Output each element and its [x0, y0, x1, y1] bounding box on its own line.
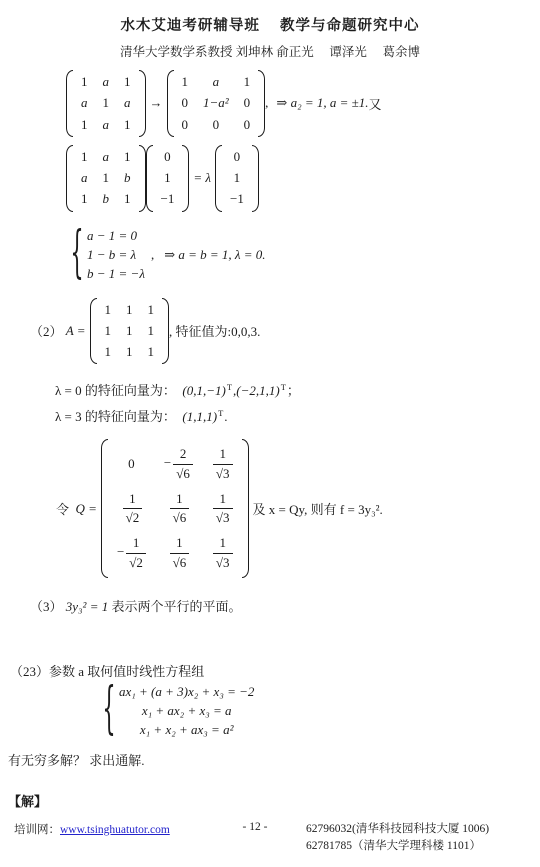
- comma: ,: [151, 247, 154, 263]
- eq3-result: ⇒ a = b = 1, λ = 0.: [164, 247, 265, 263]
- item-2-lhs: A =: [66, 323, 86, 339]
- document-page: 水木艾迪考研辅导班 教学与命题研究中心 清华大学数学系教授 刘坤林 俞正光 谭泽…: [0, 0, 540, 867]
- equals-lambda: = λ: [193, 170, 211, 186]
- item-2-label: （2）: [30, 321, 66, 340]
- q-tail: 及 x = Qy, 则有 f = 3y₃².: [253, 499, 383, 518]
- equation-system-ab: { a − 1 = 0 1 − b = λ b − 1 = −λ , ⇒ a =…: [70, 228, 540, 282]
- transpose-sup: T: [281, 382, 286, 392]
- matrix-ab: 1a1a1b1b1: [66, 145, 146, 212]
- authors-line: 清华大学数学系教授 刘坤林 俞正光 谭泽光 葛余博: [0, 42, 540, 60]
- left-brace: {: [102, 679, 114, 743]
- q-cell: −1√2: [117, 535, 146, 571]
- matrix-ones: 111111111: [90, 298, 170, 365]
- eigvec0-tail: ；: [287, 383, 300, 398]
- q-cell: 1√6: [168, 535, 190, 571]
- system-line: ax₁ + (a + 3)x₂ + x₃ = −2: [119, 684, 254, 700]
- vector-x2: 01−1: [215, 145, 259, 212]
- q-cell: 1√3: [211, 446, 233, 482]
- page-number: - 12 -: [204, 821, 306, 833]
- system-line: a − 1 = 0: [87, 228, 145, 244]
- footer-phone-2: 62781785（清华大学理科楼 1101）: [306, 838, 526, 855]
- system-line: b − 1 = −λ: [87, 266, 145, 282]
- eigvec3-label: λ = 3 的特征向量为：: [55, 409, 182, 424]
- item-2-tail: , 特征值为:0,0,3.: [169, 321, 260, 340]
- solution-label: 【解】: [8, 791, 540, 810]
- footer-site-link[interactable]: www.tsinghuatutor.com: [60, 824, 170, 836]
- transpose-sup: T: [218, 408, 223, 418]
- eigvec3-tail: .: [224, 409, 227, 424]
- question-line: 有无穷多解？ 求出通解.: [8, 750, 540, 769]
- eigvec0-v1: (0,1,−1): [182, 383, 225, 398]
- q-cell: −2√6: [164, 446, 193, 482]
- system-line: x₁ + ax₂ + x₃ = a: [142, 703, 232, 719]
- eigvec0-label: λ = 0 的特征向量为：: [55, 383, 182, 398]
- equation-row-reduction: 1a1a1a1a1 → 1a101−a²0000 , ⇒ a₂ = 1, a =…: [66, 70, 540, 137]
- eq1-result: ⇒ a₂ = 1, a = ±1.: [276, 95, 368, 111]
- q-cell: 1√3: [211, 535, 233, 571]
- eq1-also: 又: [369, 94, 382, 113]
- q-lhs: Q =: [76, 501, 97, 517]
- item-3-text: 表示两个平行的平面。: [111, 599, 241, 614]
- system-lines: a − 1 = 0 1 − b = λ b − 1 = −λ: [83, 228, 145, 282]
- q-cell: 1√2: [121, 491, 143, 527]
- item-2-row: （2） A = 111111111 , 特征值为:0,0,3.: [30, 298, 540, 365]
- q-matrix-row: 令 Q = 0 −2√6 1√3 1√2 1√6 1√3 −1√2 1√6 1√…: [56, 439, 540, 578]
- left-brace: {: [70, 223, 82, 287]
- q-cell: 1√6: [168, 491, 190, 527]
- comma: ,: [265, 95, 268, 111]
- vector-x: 01−1: [146, 145, 190, 212]
- q-cell: 1√3: [211, 491, 233, 527]
- q-pre-word: 令: [56, 499, 76, 518]
- q-cell: 0: [128, 456, 135, 472]
- system-line: 1 − b = λ: [87, 247, 145, 263]
- footer-phone-1: 62796032(清华科技园科技大厦 1006): [306, 821, 526, 838]
- system-lines: ax₁ + (a + 3)x₂ + x₃ = −2 x₁ + ax₂ + x₃ …: [115, 684, 254, 738]
- footer-site-label: 培训网：: [14, 824, 60, 836]
- page-footer: 培训网：www.tsinghuatutor.com - 12 - 6279603…: [0, 821, 540, 867]
- item-3-expr: 3y₃² = 1: [66, 599, 112, 614]
- eigvec-lambda0-line: λ = 0 的特征向量为： (0,1,−1)T,(−2,1,1)T；: [55, 380, 540, 399]
- item-23-label: （23）: [10, 664, 49, 679]
- matrix-q: 0 −2√6 1√3 1√2 1√6 1√3 −1√2 1√6 1√3: [101, 439, 249, 578]
- item-23-system: { ax₁ + (a + 3)x₂ + x₃ = −2 x₁ + ax₂ + x…: [102, 684, 540, 738]
- eigvec3-v1: (1,1,1): [182, 409, 217, 424]
- transpose-sup: T: [227, 382, 232, 392]
- item-3-line: （3） 3y₃² = 1 表示两个平行的平面。: [30, 596, 540, 615]
- eigvec-lambda3-line: λ = 3 的特征向量为： (1,1,1)T.: [55, 406, 540, 425]
- item-23-text: 参数 a 取何值时线性方程组: [49, 664, 204, 679]
- matrix-a-original: 1a1a1a1a1: [66, 70, 146, 137]
- item-23-line: （23）参数 a 取何值时线性方程组: [10, 661, 540, 680]
- equation-eigen: 1a1a1b1b1 01−1 = λ 01−1: [66, 145, 540, 212]
- left-paren: [66, 70, 73, 137]
- matrix-a-reduced: 1a101−a²0000: [167, 70, 266, 137]
- arrow-right-icon: →: [150, 95, 163, 111]
- eigvec0-v2: (−2,1,1): [236, 383, 279, 398]
- page-title: 水木艾迪考研辅导班 教学与命题研究中心: [0, 0, 540, 35]
- item-3-label: （3）: [30, 599, 66, 614]
- right-paren: [139, 70, 146, 137]
- system-line: x₁ + x₂ + ax₃ = a²: [140, 722, 234, 738]
